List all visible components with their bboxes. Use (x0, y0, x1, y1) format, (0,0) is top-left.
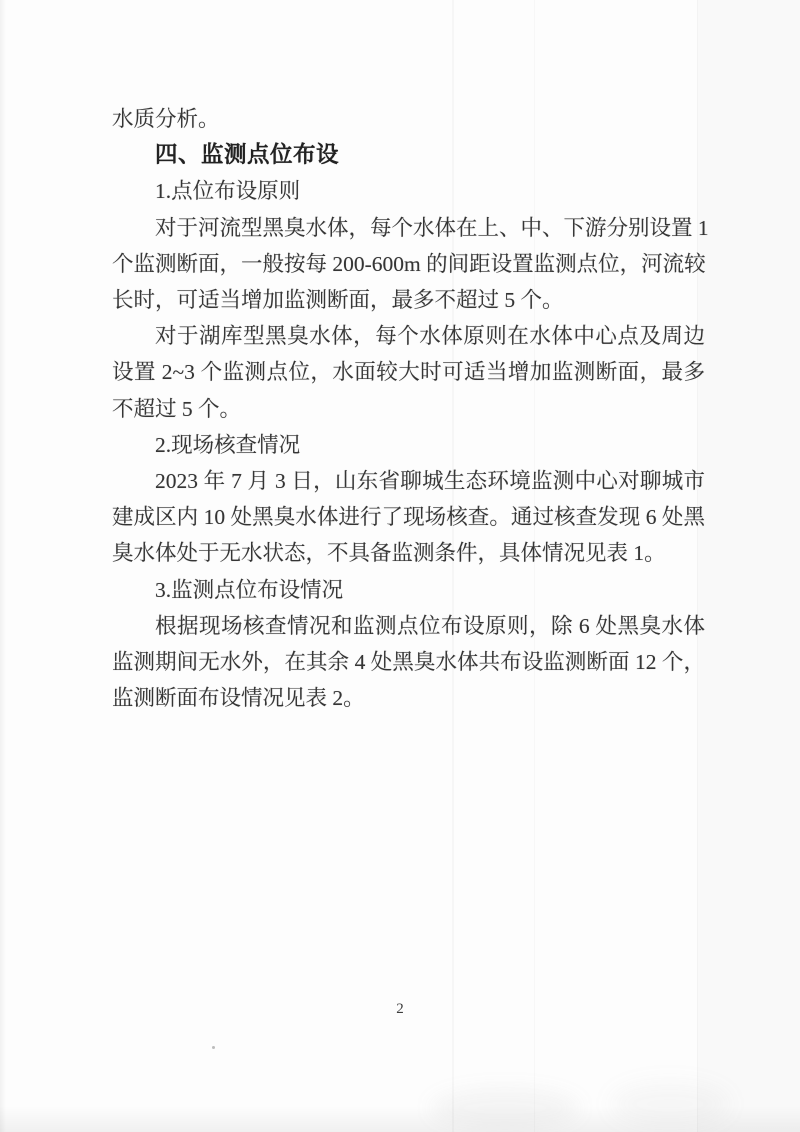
text-line: 臭水体处于无水状态，不具备监测条件，具体情况见表 1。 (112, 535, 705, 571)
subsection-title: 2.现场核查情况 (112, 427, 705, 463)
scan-right-band (697, 0, 800, 1132)
subsection-title: 3.监测点位布设情况 (112, 572, 705, 608)
text-line: 设置 2~3 个监测点位，水面较大时可适当增加监测断面，最多 (112, 354, 705, 390)
scan-smudge (430, 1088, 580, 1128)
page-left-edge-shadow (0, 0, 6, 1132)
page-bottom-edge-shadow (0, 1106, 800, 1132)
page-number: 2 (0, 1001, 800, 1018)
text-line: 根据现场核查情况和监测点位布设原则，除 6 处黑臭水体 (112, 608, 705, 644)
text-line: 监测期间无水外，在其余 4 处黑臭水体共布设监测断面 12 个， (112, 644, 705, 680)
text-line: 水质分析。 (112, 101, 705, 137)
text-line: 长时，可适当增加监测断面，最多不超过 5 个。 (112, 282, 705, 318)
text-line: 个监测断面，一般按每 200-600m 的间距设置监测点位，河流较 (112, 246, 705, 282)
document-text-block: 水质分析。 四、监测点位布设 1.点位布设原则 对于河流型黑臭水体，每个水体在上… (112, 101, 705, 716)
text-line: 监测断面布设情况见表 2。 (112, 680, 705, 716)
section-heading: 四、监测点位布设 (112, 137, 705, 173)
scan-speck (212, 1046, 215, 1049)
text-line: 不超过 5 个。 (112, 391, 705, 427)
subsection-title: 1.点位布设原则 (112, 173, 705, 209)
text-line: 2023 年 7 月 3 日，山东省聊城生态环境监测中心对聊城市 (112, 463, 705, 499)
text-line: 对于湖库型黑臭水体，每个水体原则在水体中心点及周边 (112, 318, 705, 354)
scan-smudge (610, 1082, 730, 1126)
text-line: 对于河流型黑臭水体，每个水体在上、中、下游分别设置 1 (112, 210, 705, 246)
text-line: 建成区内 10 处黑臭水体进行了现场核查。通过核查发现 6 处黑 (112, 499, 705, 535)
